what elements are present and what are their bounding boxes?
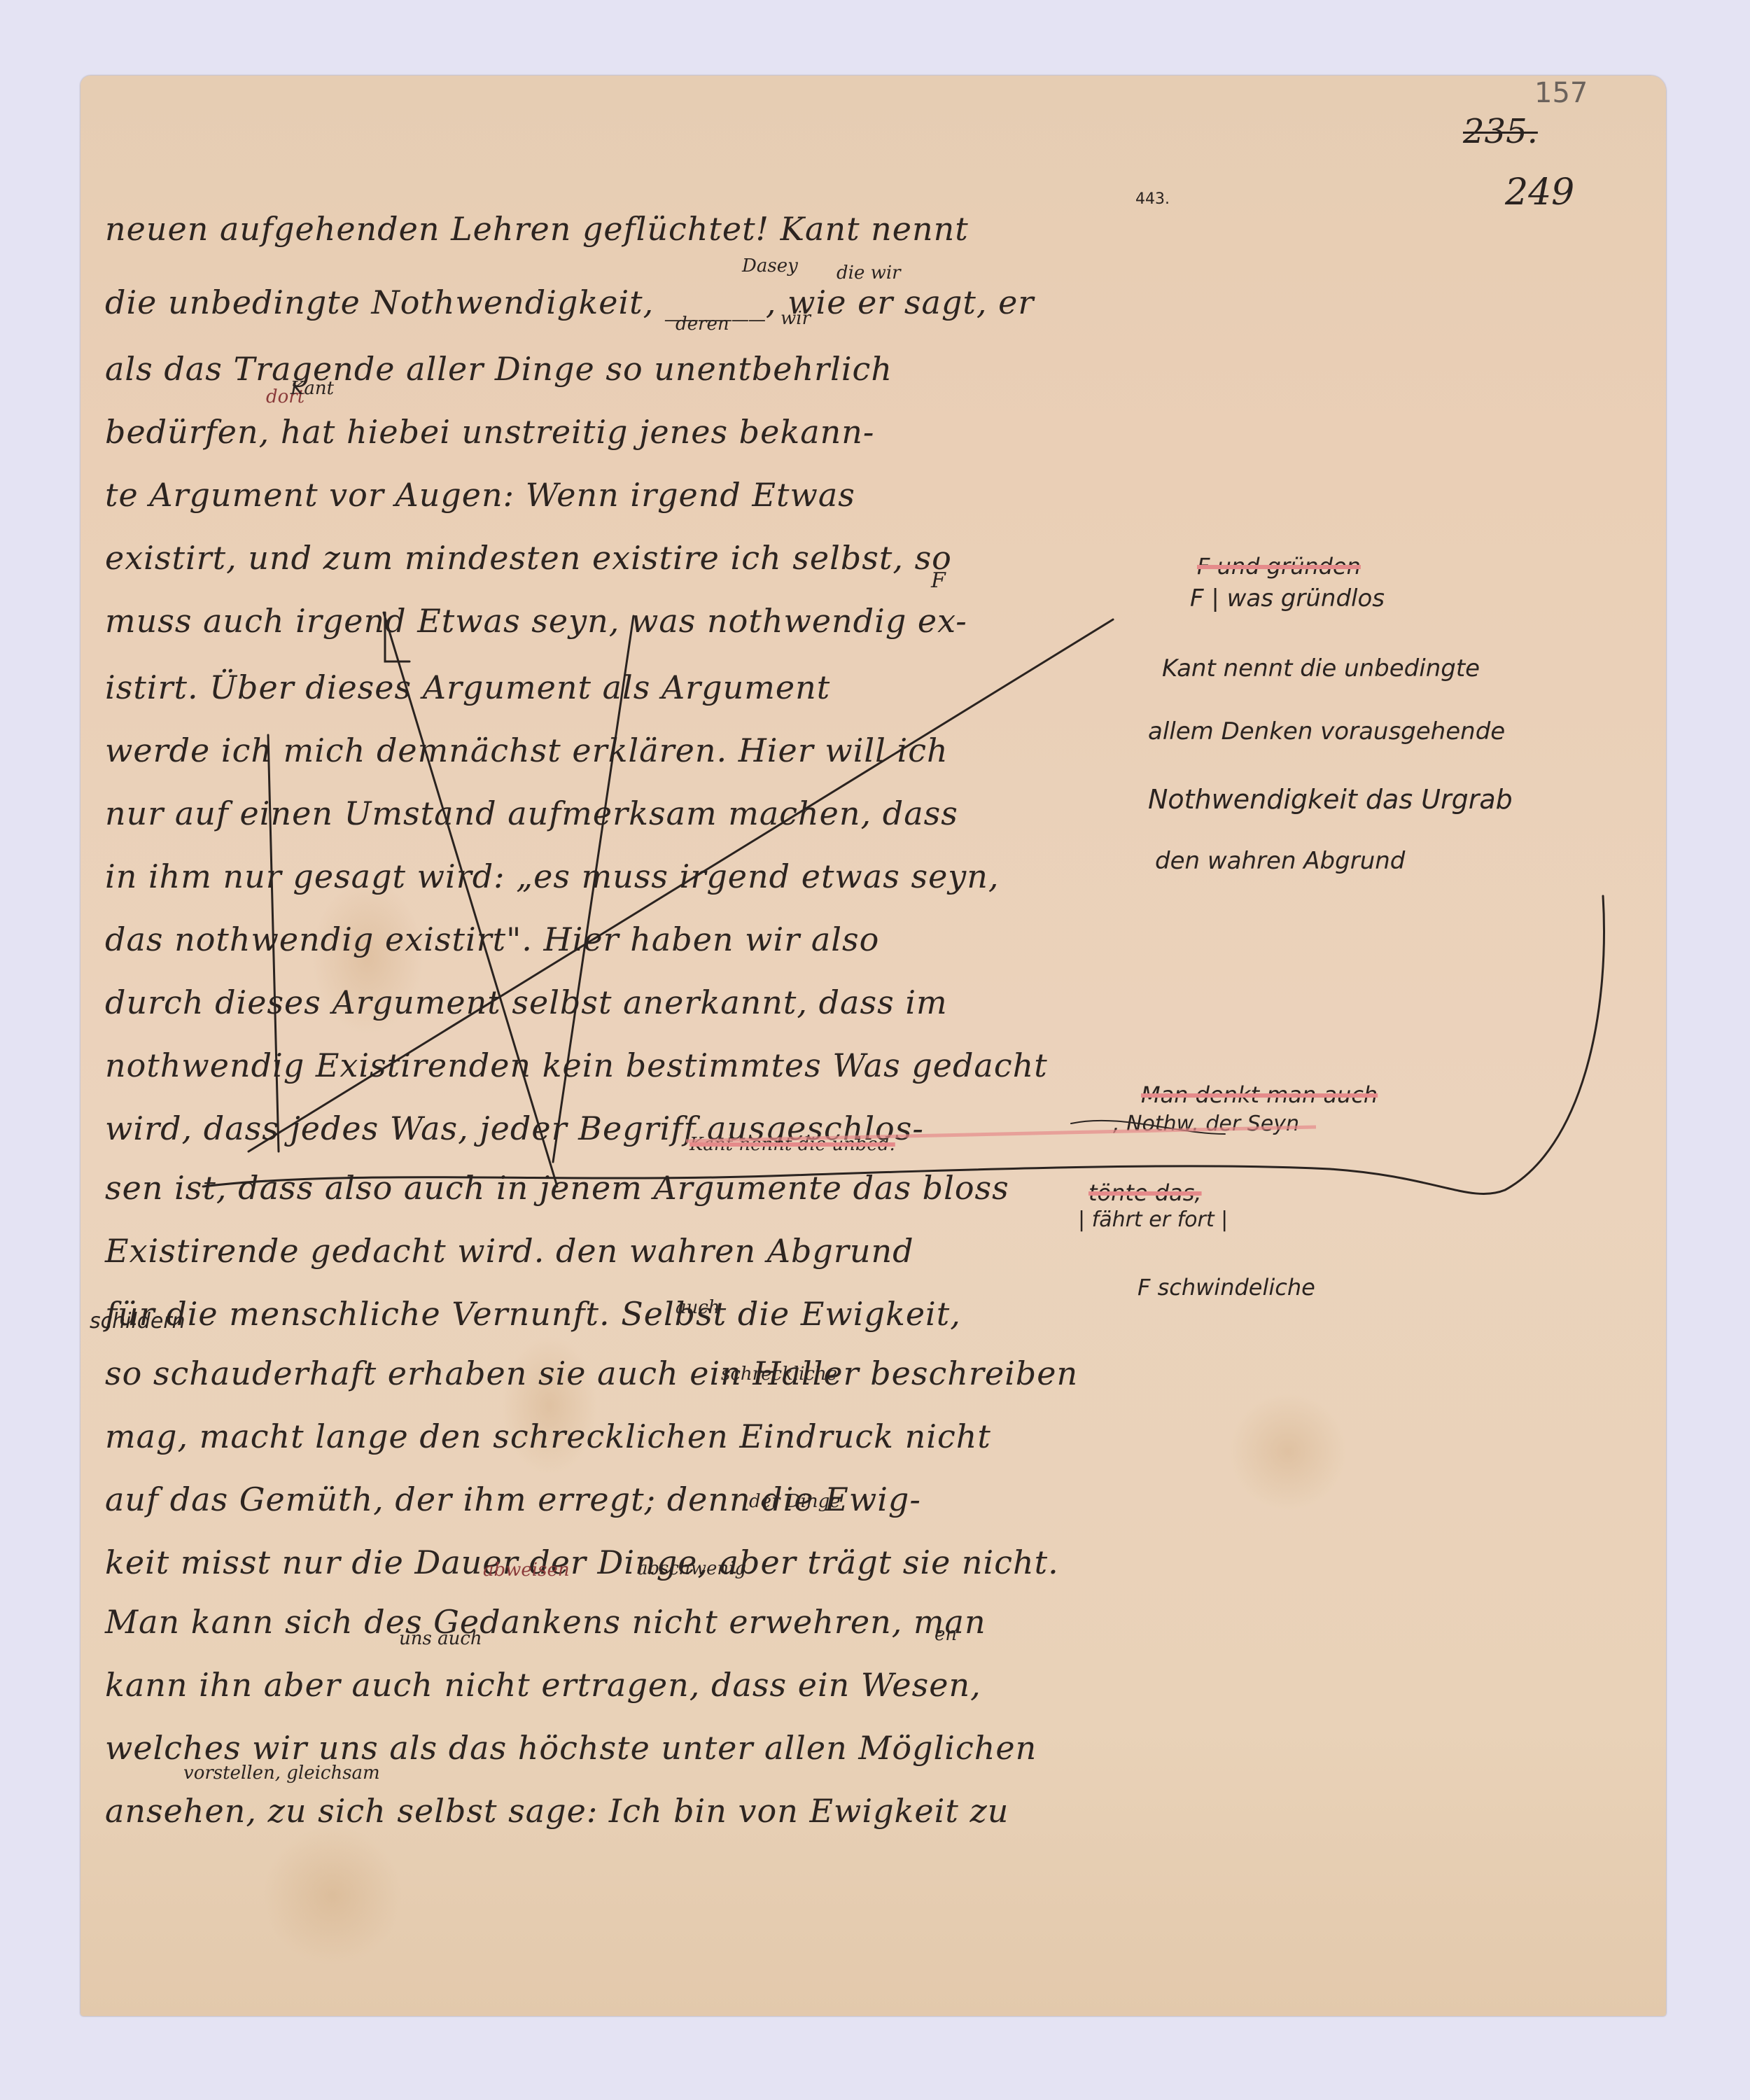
right-margin-note: den wahren Abgrund bbox=[1155, 847, 1405, 875]
text-line: werde ich mich demnächst erklären. Hier … bbox=[105, 731, 948, 769]
text-line: als das Tragende aller Dinge so unentbeh… bbox=[105, 350, 892, 388]
insertion: Dasey bbox=[742, 255, 798, 276]
page-number: 249 bbox=[1505, 171, 1574, 213]
right-margin-note: F | was gründlos bbox=[1190, 584, 1385, 612]
right-margin-note: | fährt er fort | bbox=[1078, 1207, 1228, 1232]
water-stain bbox=[262, 1826, 402, 1966]
text-line: Man kann sich des Gedankens nicht erwehr… bbox=[105, 1603, 986, 1641]
folio-number: 157 bbox=[1534, 77, 1588, 109]
insertion: abschwenig bbox=[637, 1558, 746, 1579]
water-stain bbox=[1228, 1392, 1347, 1511]
text-line: te Argument vor Augen: Wenn irgend Etwas bbox=[105, 476, 855, 514]
right-margin-note: allem Denken vorausgehende bbox=[1148, 717, 1505, 745]
text-line: neuen aufgehenden Lehren geflüchtet! Kan… bbox=[105, 210, 969, 248]
text-line: istirt. Über dieses Argument als Argumen… bbox=[105, 668, 830, 706]
right-margin-note: tönte das, bbox=[1088, 1179, 1202, 1206]
right-margin-note: Man denkt man auch bbox=[1141, 1081, 1378, 1108]
insertion: wir bbox=[780, 308, 811, 329]
text-line: ansehen, zu sich selbst sage: Ich bin vo… bbox=[105, 1792, 1009, 1830]
insertion: vorstellen, gleichsam bbox=[183, 1763, 380, 1784]
text-line: so schauderhaft erhaben sie auch ein Hal… bbox=[105, 1354, 1078, 1392]
right-margin-note: F schwindeliche bbox=[1137, 1274, 1315, 1301]
insertion: deren bbox=[675, 314, 729, 335]
text-line: muss auch irgend Etwas seyn, was nothwen… bbox=[105, 602, 967, 640]
insertion: en bbox=[934, 1624, 957, 1645]
text-line: nur auf einen Umstand aufmerksam machen,… bbox=[105, 794, 958, 832]
text-line: keit misst nur die Dauer der Dinge, aber… bbox=[105, 1543, 1059, 1581]
insertion: Kant nennt die unbed. bbox=[689, 1134, 895, 1155]
insertion-marker: F bbox=[931, 568, 946, 593]
right-margin-note: F und gründen bbox=[1197, 553, 1361, 580]
insertion: Kant bbox=[290, 378, 334, 399]
right-margin-note: Nothwendigkeit das Urgrab bbox=[1148, 784, 1513, 815]
left-margin-note: schildern bbox=[90, 1309, 185, 1333]
insertion: auch bbox=[675, 1297, 720, 1318]
right-margin-note: , Nothw. der Seyn bbox=[1113, 1112, 1299, 1136]
text-line: welches wir uns als das höchste unter al… bbox=[105, 1729, 1037, 1767]
text-line: durch dieses Argument selbst anerkannt, … bbox=[105, 983, 948, 1021]
text-line: mag, macht lange den schrecklichen Eindr… bbox=[105, 1417, 991, 1455]
text-line: kann ihn aber auch nicht ertragen, dass … bbox=[105, 1666, 981, 1704]
text-line: die unbedingte Nothwendigkeit, ______, w… bbox=[105, 283, 1034, 321]
right-margin-note: Kant nennt die unbedingte bbox=[1162, 654, 1480, 682]
text-line: bedürfen, hat hiebei unstreitig jenes be… bbox=[105, 413, 874, 451]
text-line: das nothwendig existirt". Hier haben wir… bbox=[105, 920, 879, 958]
text-line: nothwendig Existirenden kein bestimmtes … bbox=[105, 1046, 1048, 1084]
text-line: Existirende gedacht wird. den wahren Abg… bbox=[105, 1232, 914, 1270]
insertion: schreckliche bbox=[721, 1364, 837, 1385]
text-line: existirt, und zum mindesten existire ich… bbox=[105, 539, 952, 577]
text-line: sen ist, dass also auch in jenem Argumen… bbox=[105, 1169, 1009, 1207]
text-line: für die menschliche Vernunft. Selbst die… bbox=[105, 1295, 961, 1333]
insertion: die wir bbox=[836, 262, 901, 283]
center-number: 443. bbox=[1135, 190, 1170, 208]
text-line: in ihm nur gesagt wird: „es muss irgend … bbox=[105, 857, 1000, 895]
insertion: abweisen bbox=[483, 1560, 570, 1581]
insertion: der Dinge bbox=[749, 1491, 841, 1512]
insertion: uns auch bbox=[399, 1628, 482, 1649]
old-page-number: 235. bbox=[1463, 112, 1538, 151]
